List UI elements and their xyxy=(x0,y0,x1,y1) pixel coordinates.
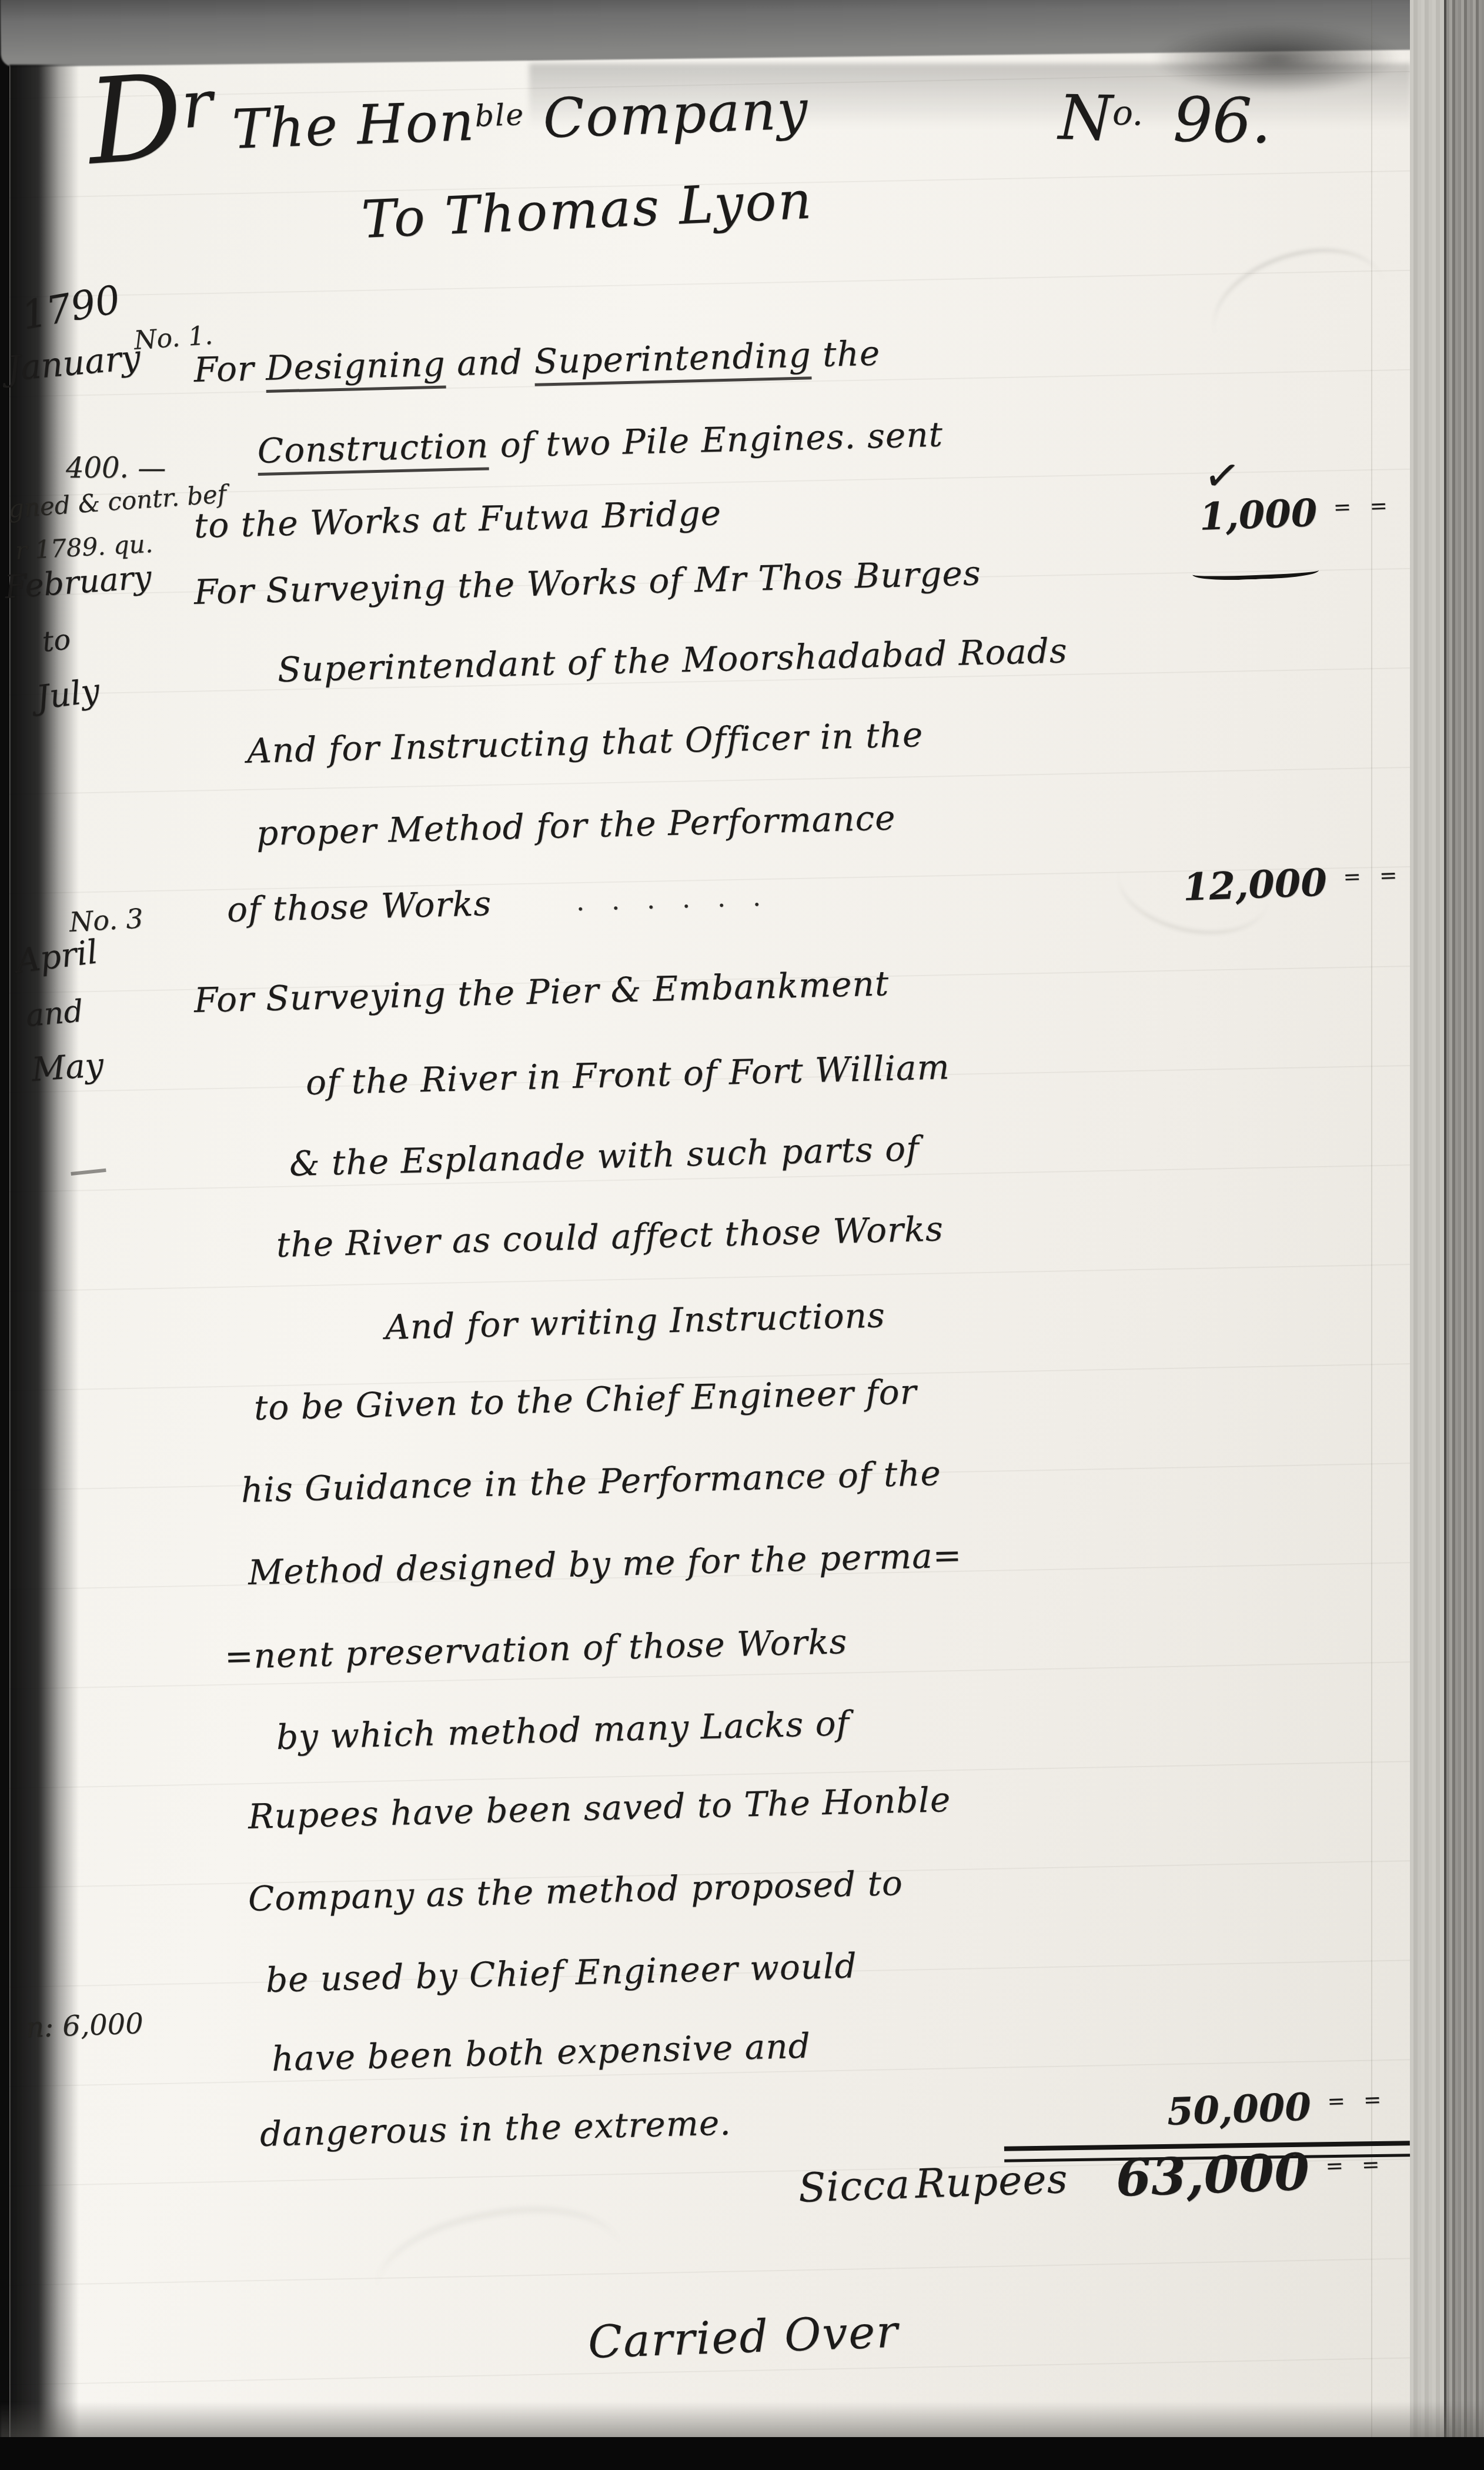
total-amount-value: 63,000 xyxy=(1115,2142,1310,2208)
entry2-amount-value: 12,000 xyxy=(1182,860,1328,910)
entry1-line2-underlined-construction: Construction xyxy=(257,428,489,476)
entry3-amount: 50,000= = xyxy=(1167,2086,1388,2131)
next-page-edge xyxy=(1444,0,1484,2470)
entry1-amount-value: 1,000 xyxy=(1199,491,1318,539)
entry1-line1-post: the xyxy=(811,333,881,375)
header-dr-sup: r xyxy=(179,66,215,143)
header-number-value: 96. xyxy=(1172,84,1272,157)
total-amount-suffix: = = xyxy=(1325,2152,1386,2179)
entry3-line-14: dangerous in the extreme. xyxy=(259,2105,731,2151)
entry2-amount-suffix: = = xyxy=(1343,863,1403,890)
header-debtor-pre: The Hon xyxy=(231,90,476,161)
page-gutter-edge xyxy=(1410,0,1444,2470)
left-binding-shadow xyxy=(9,65,79,2442)
bottom-curl-shadow xyxy=(0,2402,1484,2439)
header-number-n: N xyxy=(1058,82,1113,155)
margin-entry1-note-line2: r 1789. qu. xyxy=(15,532,153,563)
header-debtor-sup: ble xyxy=(474,97,526,133)
entry1-line1-underlined-designing: Designing xyxy=(265,347,446,393)
header-number-sup: o. xyxy=(1112,93,1143,133)
page-bottom-edge xyxy=(0,2437,1484,2470)
header-debtor-post: Company xyxy=(524,78,810,151)
vertical-crease xyxy=(1371,0,1372,2441)
entry1-amount: 1,000= = xyxy=(1199,492,1394,536)
margin-entry3-month-and: and xyxy=(25,996,85,1032)
footer-carried-over: Carried Over xyxy=(587,2309,900,2365)
margin-entry2-connector: to xyxy=(41,625,72,656)
header-number: No. 96. xyxy=(1058,87,1272,152)
entry1-line1-underlined-superintending: Superintending xyxy=(534,338,812,386)
entry2-leader-dots: . . . . . . xyxy=(576,884,770,915)
entry2-line-4: of those Works xyxy=(226,886,492,927)
entry2-amount: 12,000= = xyxy=(1182,862,1404,907)
header-dr-main: D xyxy=(83,48,187,192)
total-amount: 63,000= = xyxy=(1115,2144,1386,2204)
total-label: Sicca Rupees xyxy=(798,2159,1069,2209)
scanned-manuscript-page: { "page": { "header": { "dr_main": "D", … xyxy=(0,0,1484,2470)
margin-entry3-note: n: 6,000 xyxy=(25,2010,143,2042)
margin-entry3-no: No. 3 xyxy=(69,904,144,936)
entry1-line1-mid: and xyxy=(445,342,535,384)
entry3-amount-value: 50,000 xyxy=(1167,2085,1312,2134)
margin-entry3-month-april: April xyxy=(15,936,100,979)
margin-entry2-month-end: July xyxy=(35,675,102,715)
entry1-amount-suffix: = = xyxy=(1333,493,1393,520)
margin-entry3-month-may: May xyxy=(31,1049,105,1087)
entry1-line1-pre: For xyxy=(193,348,266,390)
check-mark: ✓ xyxy=(1201,452,1244,500)
margin-entry1-note-amount: 400. — xyxy=(66,454,166,482)
entry3-amount-suffix: = = xyxy=(1327,2088,1388,2114)
header-dr-abbrev: Dr xyxy=(84,56,217,182)
